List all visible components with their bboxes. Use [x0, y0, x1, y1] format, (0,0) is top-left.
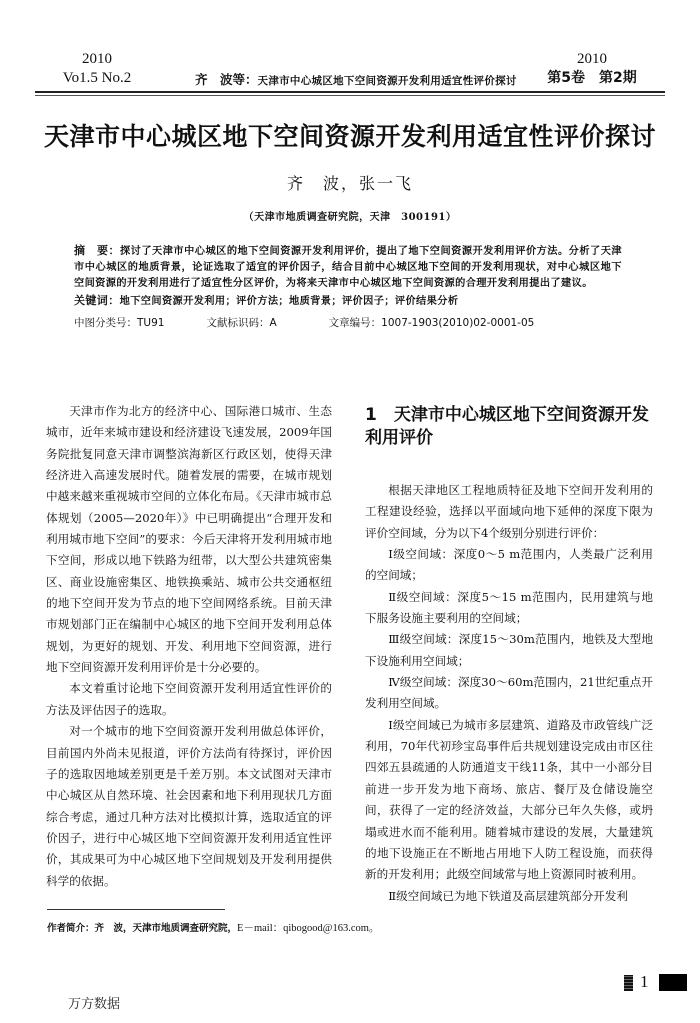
abstract-text: 探讨了天津市中心城区的地下空间资源开发利用评价，提出了地下空间资源开发利用评价方… — [74, 245, 622, 289]
author-footnote: 作者简介：齐 波，天津市地质调查研究院，E－mail：qibogood@163.… — [47, 920, 379, 935]
body-left-column: 天津市作为北方的经济中心、国际港口城市、生态城市，近年来城市建设和经济建设飞速发… — [46, 401, 332, 892]
author-affiliation: （天津市地质调查研究院，天津 300191） — [0, 208, 700, 223]
paragraph: 本文着重讨论地下空间资源开发利用适宜性评价的方法及评估因子的选取。 — [46, 678, 332, 721]
classification-line: 中图分类号：TU91文献标识码：A文章编号：1007-1903(2010)02-… — [74, 315, 634, 331]
footnote-text: 齐 波，天津市地质调查研究院， — [95, 923, 238, 934]
header-article-title: 天津市中心城区地下空间资源开发利用适宜性评价探讨 — [258, 75, 517, 87]
paragraph: 天津市作为北方的经济中心、国际港口城市、生态城市，近年来城市建设和经济建设飞速发… — [46, 401, 332, 678]
paragraph: Ⅱ级空间域已为地下铁道及高层建筑部分开发利 — [365, 886, 653, 907]
paragraph: 根据天津地区工程地质特征及地下空间开发利用的工程建设经验，选择以平面域向地下延伸… — [365, 480, 653, 544]
running-header-left: 2010 Vo1.5 No.2 — [62, 50, 132, 88]
paragraph: Ⅳ级空间域：深度30～60m范围内，21世纪重点开发利用空间域。 — [365, 672, 653, 715]
page-mark-icon — [624, 975, 633, 991]
section-heading: 1 天津市中心城区地下空间资源开发利用评价 — [365, 404, 655, 450]
paragraph: 对一个城市的地下空间资源开发利用做总体评价，目前国内外尚未见报道，评价方法尚有待… — [46, 721, 332, 892]
watermark: 万方数据 — [68, 993, 120, 1012]
running-header-right: 2010 第5卷 第2期 — [542, 50, 642, 88]
header-volume-right: 第5卷 第2期 — [542, 69, 642, 88]
clc-label: 中图分类号： — [74, 317, 137, 329]
doc-code-value: A — [269, 317, 276, 329]
paragraph: Ⅰ级空间域已为城市多层建筑、道路及市政管线广泛利用，70年代初珍宝岛事件后共规划… — [365, 715, 653, 886]
article-no-value: 1007-1903(2010)02-0001-05 — [381, 317, 534, 329]
paragraph: Ⅱ级空间域：深度5～15 m范围内，民用建筑与地下服务设施主要利用的空间域； — [365, 587, 653, 630]
header-volume-left: Vo1.5 No.2 — [62, 69, 132, 88]
running-header-title: 齐 波等：天津市中心城区地下空间资源开发利用适宜性评价探讨 — [195, 70, 517, 88]
header-year-right: 2010 — [542, 50, 642, 69]
body-right-column: 根据天津地区工程地质特征及地下空间开发利用的工程建设经验，选择以平面域向地下延伸… — [365, 480, 653, 907]
abstract: 摘 要：探讨了天津市中心城区的地下空间资源开发利用评价，提出了地下空间资源开发利… — [74, 243, 622, 291]
clc-value: TU91 — [137, 317, 164, 329]
footnote-rule — [47, 909, 225, 910]
keywords-label: 关键词： — [74, 294, 120, 307]
article-no-label: 文章编号： — [329, 317, 382, 329]
page-tab-block-icon — [659, 974, 687, 991]
header-rule-thick — [35, 91, 665, 93]
keywords: 关键词：地下空间资源开发利用；评价方法；地质背景；评价因子；评价结果分析 — [74, 293, 634, 309]
header-year-left: 2010 — [62, 50, 132, 69]
keywords-text: 地下空间资源开发利用；评价方法；地质背景；评价因子；评价结果分析 — [120, 295, 459, 307]
page-number: 1 — [640, 972, 649, 992]
footnote-email: E－mail：qibogood@163.com。 — [237, 923, 379, 934]
abstract-label: 摘 要： — [74, 244, 120, 257]
header-rule-thin — [35, 95, 665, 96]
footnote-label: 作者简介： — [47, 923, 95, 934]
doc-code-label: 文献标识码： — [206, 317, 269, 329]
article-authors: 齐 波，张一飞 — [0, 171, 700, 194]
paragraph: Ⅰ级空间域：深度0～5 m范围内，人类最广泛利用的空间域； — [365, 544, 653, 587]
header-authors: 齐 波等： — [195, 72, 258, 87]
article-title: 天津市中心城区地下空间资源开发利用适宜性评价探讨 — [0, 117, 700, 153]
paragraph: Ⅲ级空间域：深度15～30m范围内，地铁及大型地下设施利用空间域； — [365, 629, 653, 672]
